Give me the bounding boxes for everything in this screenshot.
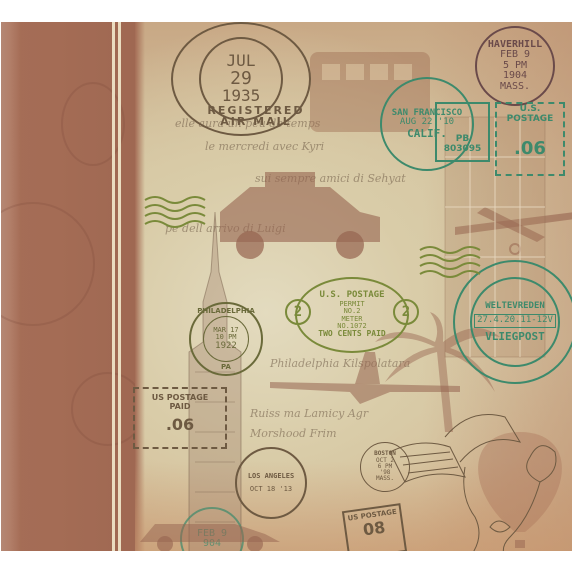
stamp-subtitle: PAID: [135, 402, 225, 411]
stamp-value: .06: [497, 138, 563, 159]
two-cents-paid-meter-stamp: U.S. POSTAGE PERMIT NO.2 METER NO.1072 T…: [295, 277, 409, 353]
denomination-badge: 2: [393, 299, 419, 325]
album-cover: elle aura un peu de temps le mercredi av…: [1, 22, 572, 551]
postmark-ring-text: PHILADELPHIA: [197, 308, 255, 315]
postmark-year: 1935: [222, 88, 261, 105]
postmark-state: PA: [221, 364, 231, 371]
vintage-car-illustration: [135, 512, 285, 551]
postage-paid-stamp: PB 803095: [435, 102, 490, 162]
flag-and-flower-illustration: [390, 407, 572, 551]
spine-stripe: [118, 22, 121, 551]
stamp-bottom-text: TWO CENTS PAID: [318, 330, 385, 338]
stamp-value: .06: [135, 415, 225, 434]
us-postage-06-stamp: U.S. POSTAGE .06: [495, 102, 565, 176]
registered-air-mail-postmark: JUL 29 1935 REGISTERED AIR MAIL: [171, 22, 311, 136]
postmark-state: MASS.: [500, 82, 530, 93]
us-postage-paid-stamp: US POSTAGE PAID .06: [133, 387, 227, 449]
collage-panel: elle aura un peu de temps le mercredi av…: [135, 22, 572, 551]
spine-stripe: [112, 22, 115, 551]
stamp-title: U.S. POSTAGE: [497, 104, 563, 124]
ghost-stamp-circle: [1, 202, 95, 326]
postmark-date: OCT 18 '13: [250, 486, 292, 493]
postmark-date: 27.4.20.11-12V: [474, 314, 556, 327]
haverhill-postmark: HAVERHILL FEB 9 5 PM 1904 MASS.: [475, 26, 555, 106]
ghost-stamp-circle: [61, 82, 125, 166]
script-line: Morshood Frim: [250, 427, 337, 440]
stamp-title: US POSTAGE: [135, 393, 225, 402]
philadelphia-postmark: MAR 17 10 PM 1922 PHILADELPHIA PA: [189, 302, 263, 376]
postmark-main: VLIEGPOST: [485, 331, 545, 343]
stamp-text: PB 803095: [444, 134, 482, 154]
los-angeles-postmark: LOS ANGELES OCT 18 '13: [235, 447, 307, 519]
postmark-ring-text: REGISTERED AIR MAIL: [203, 105, 309, 128]
postmark-year: 1922: [215, 342, 237, 351]
postmark-ring-inner: WELTEVREDEN: [485, 302, 545, 311]
postage-cancellation-waves: [145, 190, 475, 300]
denomination-badge: 2: [285, 299, 311, 325]
postmark-ring-text: LOS ANGELES: [248, 473, 294, 480]
album-spine: [1, 22, 135, 551]
